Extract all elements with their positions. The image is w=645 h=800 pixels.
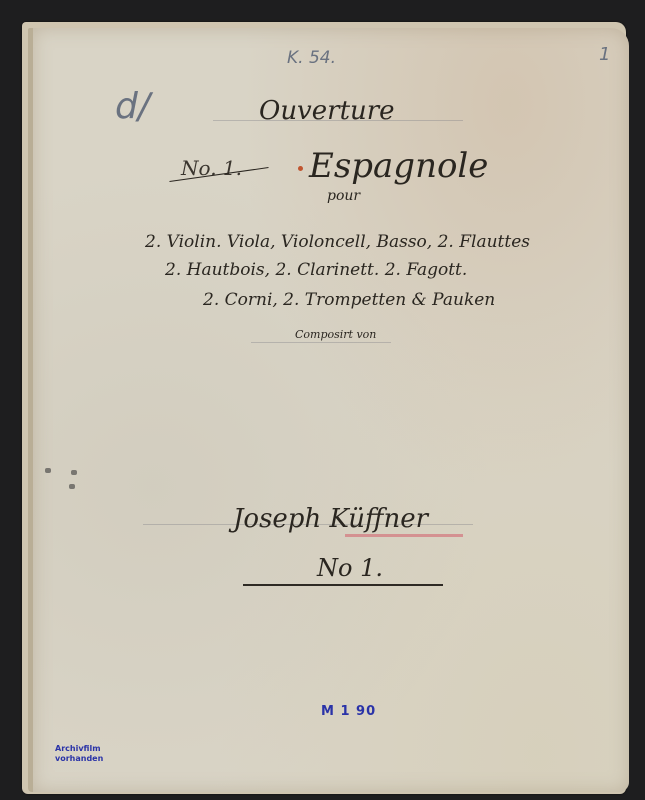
instrumentation-line-3: 2. Corni, 2. Trompetten & Pauken bbox=[203, 290, 495, 310]
archive-stamp-line-2: vorhanden bbox=[55, 754, 103, 764]
library-signature-stamp: M 1 90 bbox=[321, 704, 376, 719]
composer-name: Joseph Küffner bbox=[233, 504, 428, 534]
archive-stamp-line-1: Archivfilm bbox=[55, 744, 103, 754]
catalog-number: K. 54. bbox=[287, 48, 336, 68]
title-espagnole: Espagnole bbox=[309, 146, 488, 186]
red-ink-dot bbox=[298, 166, 303, 171]
red-crayon-underline bbox=[345, 534, 463, 537]
struck-prefix: No. 1. bbox=[181, 156, 242, 180]
title-pour: pour bbox=[327, 188, 360, 204]
archive-film-stamp: Archivfilm vorhanden bbox=[55, 744, 103, 764]
ink-smudge bbox=[69, 484, 75, 489]
title-ouverture: Ouverture bbox=[259, 96, 395, 126]
ink-underline bbox=[243, 584, 443, 586]
manuscript-page: K. 54. d/ 1 Ouverture No. 1. Espagnole p… bbox=[28, 28, 629, 792]
guide-rule bbox=[251, 342, 391, 343]
shelf-mark: d/ bbox=[115, 86, 150, 127]
instrumentation-line-2: 2. Hautbois, 2. Clarinett. 2. Fagott. bbox=[165, 260, 467, 280]
opus-number: No 1. bbox=[317, 554, 383, 582]
ink-smudge bbox=[71, 470, 77, 475]
instrumentation-line-1: 2. Violin. Viola, Violoncell, Basso, 2. … bbox=[145, 232, 530, 252]
ink-smudge bbox=[45, 468, 51, 473]
folio-number: 1 bbox=[599, 44, 610, 65]
composed-by-label: Composirt von bbox=[295, 328, 376, 341]
